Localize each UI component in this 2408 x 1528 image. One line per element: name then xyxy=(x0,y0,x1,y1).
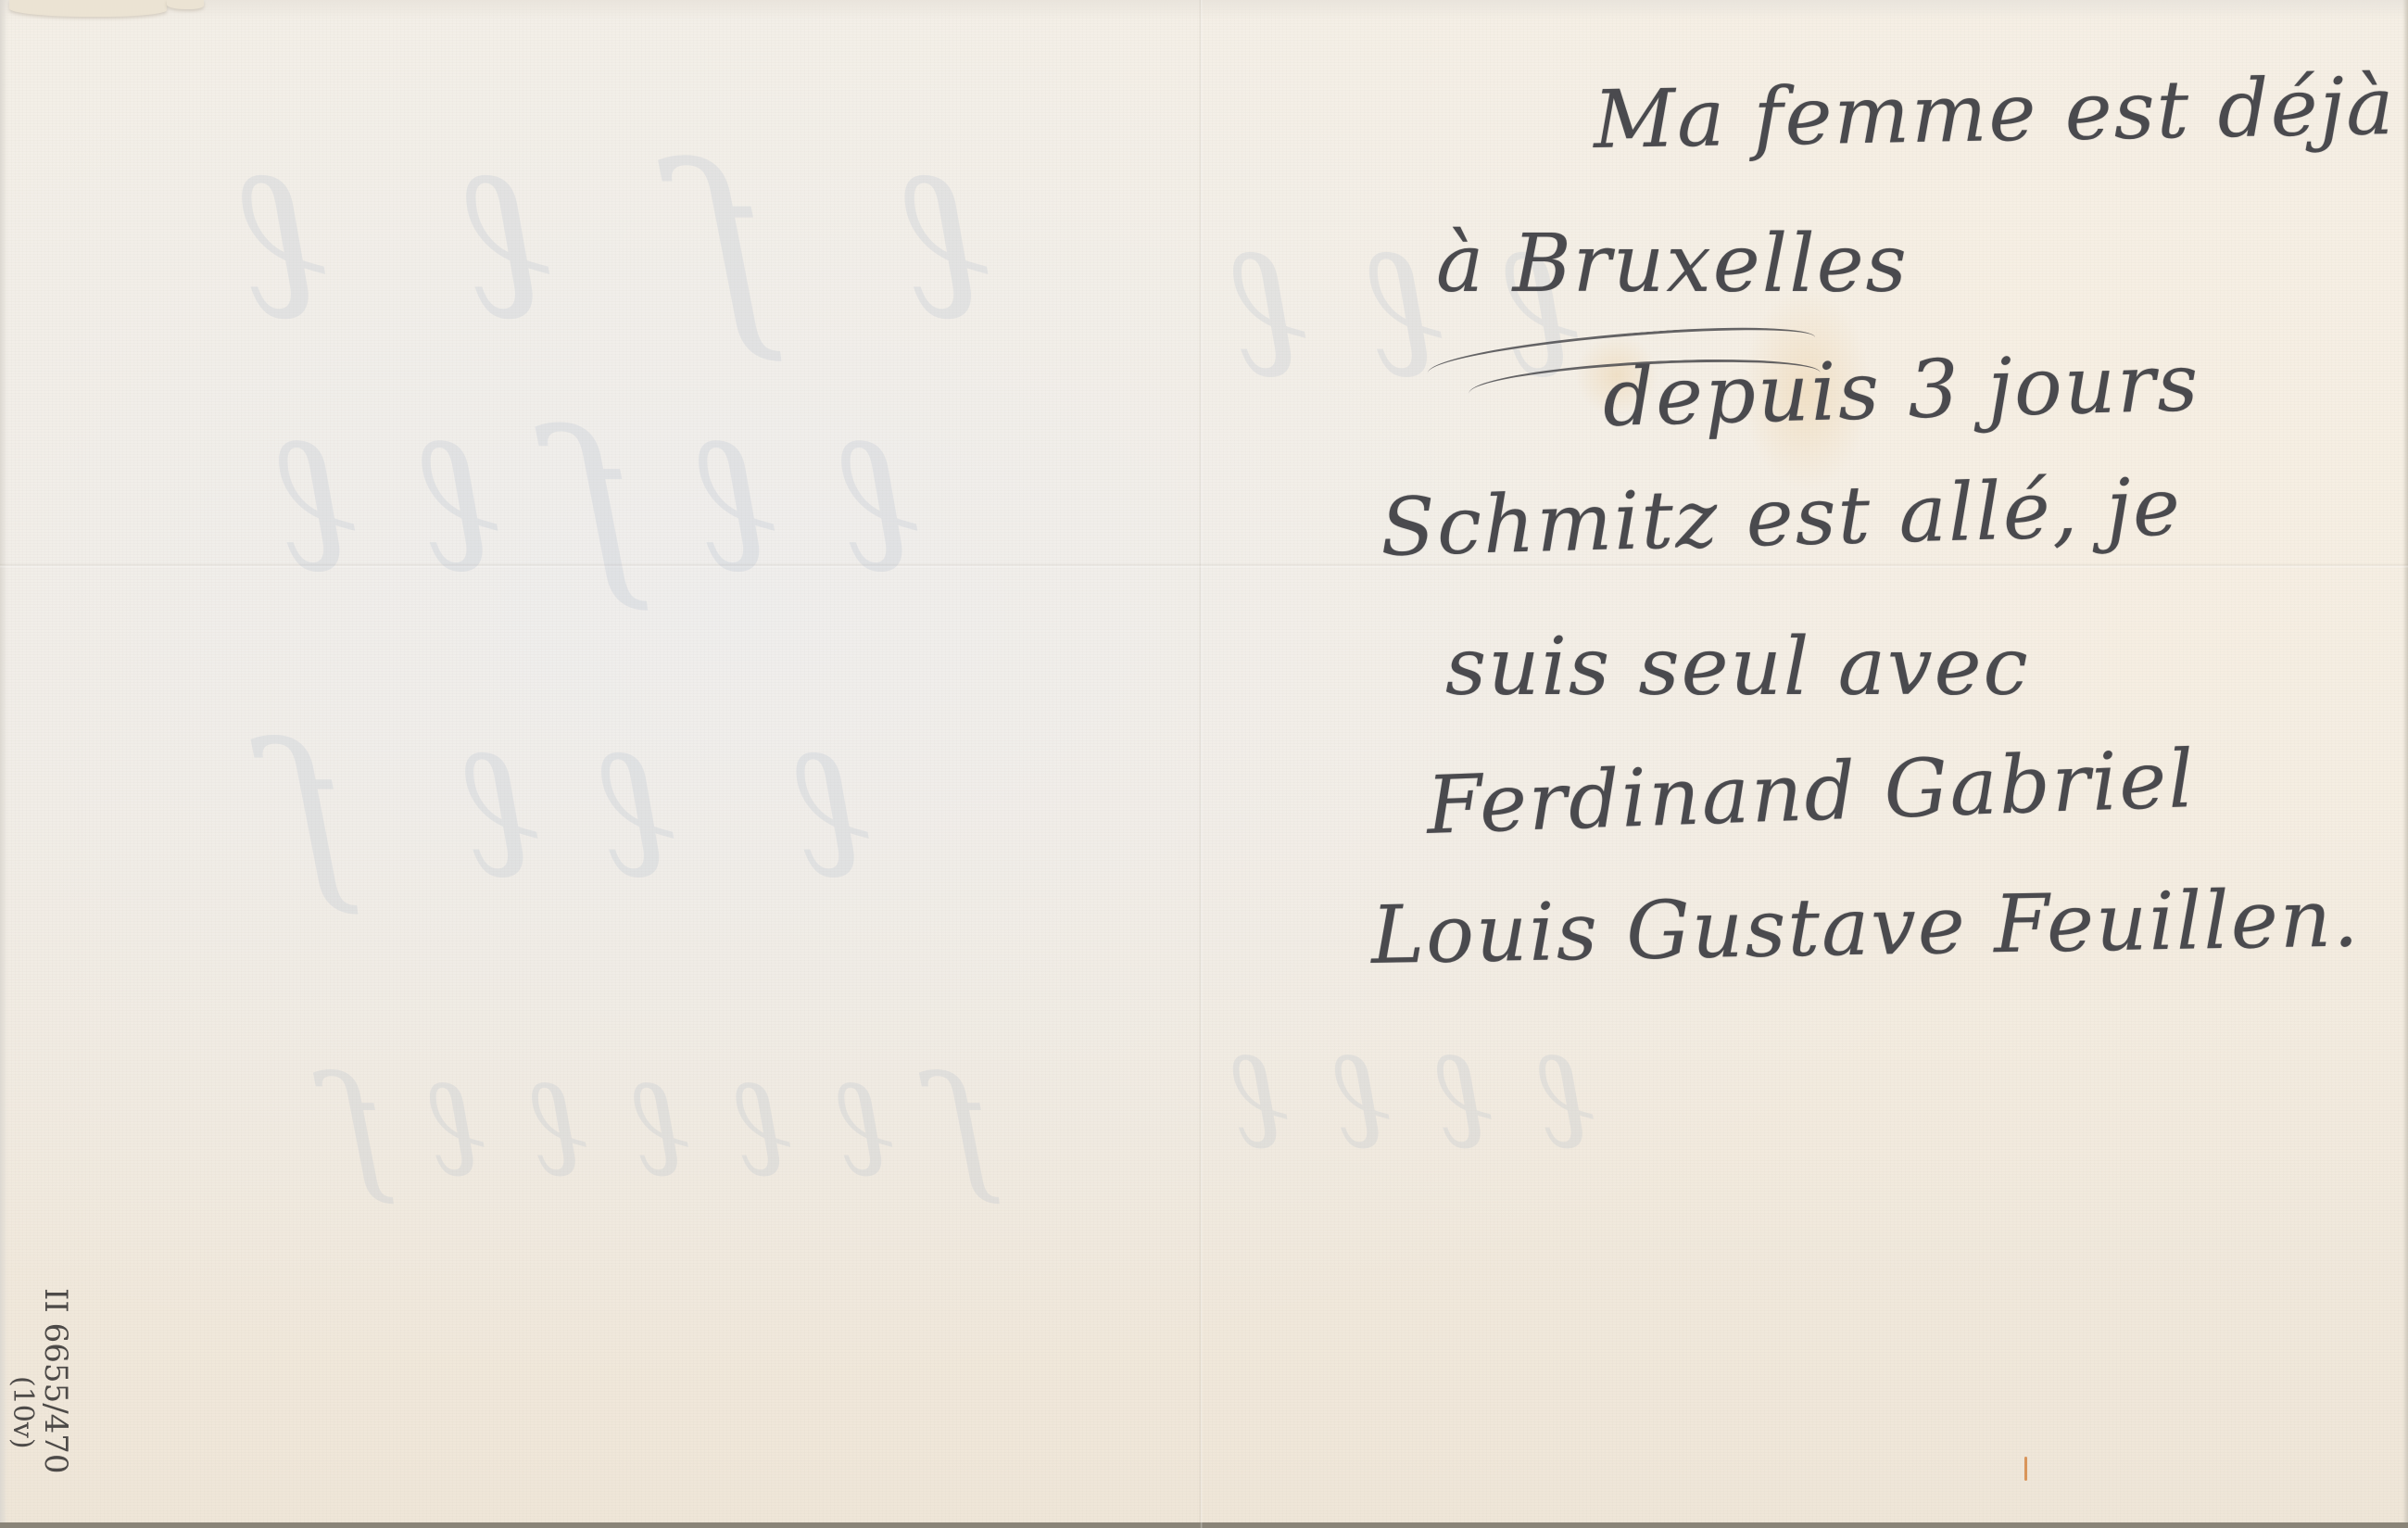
orange-mark xyxy=(2024,1457,2027,1481)
folio-number: (10v) xyxy=(6,1376,39,1449)
archive-reference: II 6655/470 xyxy=(37,1288,74,1474)
archive-reference-note: II 6655/470 (10v) xyxy=(17,1283,137,1524)
letter-line-underlined: à Bruxelles xyxy=(1436,218,1909,310)
letter-line: Schmitz est allé, je xyxy=(1380,461,2183,575)
letter-paper: ℓ ſ ℓ ℓ ℓ ℓ ſ ℓ ℓ ℓ ℓ ℓ ſ ſ ℓ ℓ ℓ ℓ ℓ ſ … xyxy=(0,0,2408,1528)
letter-line: Ferdinand Gabriel xyxy=(1425,733,2197,852)
bleed-through-text: ℓ ℓ ſ ℓ ℓ xyxy=(278,389,922,617)
letter-text-block: Ma femme est déjà à Bruxelles depuis 3 j… xyxy=(1371,56,2390,1093)
bleed-through-text: ℓ ℓ ℓ ſ xyxy=(278,704,873,920)
paper-tear xyxy=(167,0,204,9)
vertical-fold xyxy=(1199,0,1203,1528)
letter-line: suis seul avec xyxy=(1445,621,2030,713)
paper-tear xyxy=(9,0,167,17)
bottom-edge xyxy=(0,1522,2408,1528)
bleed-through-text: ſ ℓ ℓ ℓ ℓ ℓ ſ xyxy=(334,1047,991,1208)
torn-top-edge xyxy=(0,0,2408,20)
letter-line: depuis 3 jours xyxy=(1602,336,2201,445)
right-edge xyxy=(2402,0,2408,1528)
bleed-through-text: ℓ ſ ℓ ℓ xyxy=(241,120,992,368)
letter-line: Louis Gustave Feuillen. xyxy=(1370,872,2361,982)
letter-line: Ma femme est déjà xyxy=(1593,60,2396,167)
left-edge xyxy=(0,0,7,1528)
